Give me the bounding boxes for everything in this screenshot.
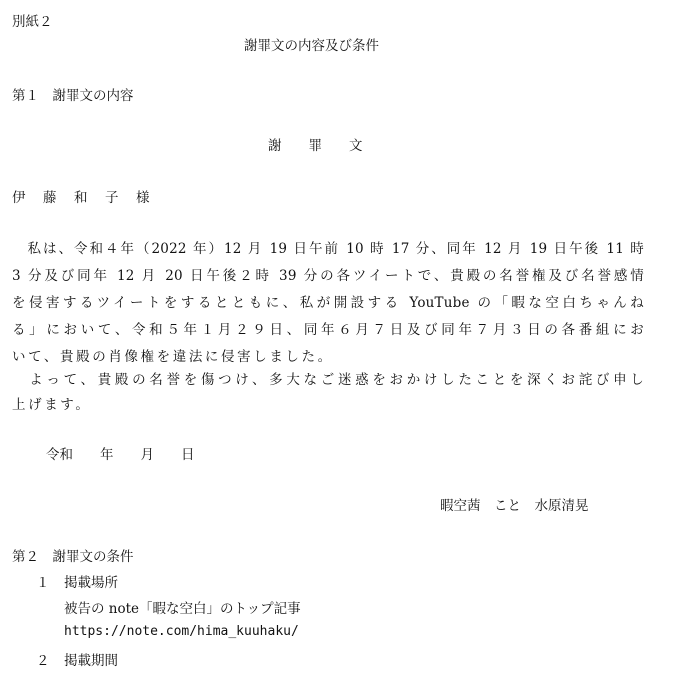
paragraph-line: 私は、令和４年（2022 年）12 月 19 日午前 10 時 17 分、同年 …: [12, 237, 644, 257]
paragraph-line: いて、貴殿の肖像権を違法に侵害しました。: [12, 345, 334, 365]
paragraph-line: 上げます。: [12, 393, 91, 413]
section1-heading: 第１ 謝罪文の内容: [12, 84, 134, 104]
item-label-location: 掲載場所: [64, 571, 118, 591]
paragraph-line: を侵害するツイートをするとともに、私が開設する YouTube の「暇な空白ちゃ…: [12, 291, 644, 311]
item-label-period: 掲載期間: [64, 649, 118, 669]
apology-title: 謝 罪 文: [268, 134, 363, 154]
location-url-link[interactable]: https://note.com/hima_kuuhaku/: [64, 624, 299, 639]
location-detail: 被告の note「暇な空白」のトップ記事: [64, 597, 301, 617]
item-number: ２: [36, 649, 50, 669]
paragraph-line: 3 分及び同年 12 月 20 日午後２時 39 分の各ツイートで、貴殿の名誉権…: [12, 264, 644, 284]
attachment-label: 別紙２: [12, 10, 53, 30]
date-line: 令和 年 月 日: [46, 443, 195, 463]
signature: 暇空茜 こと 水原清晃: [440, 494, 589, 514]
document-title: 謝罪文の内容及び条件: [244, 34, 379, 54]
addressee: 伊 藤 和 子 様: [12, 186, 152, 206]
item-number: １: [36, 571, 50, 591]
paragraph-line: よって、貴殿の名誉を傷つけ、多大なご迷惑をおかけしたことを深くお詫び申し: [12, 368, 644, 388]
paragraph-line: る」において、令和５年１月２９日、同年６月７日及び同年７月３日の各番組にお: [12, 318, 644, 338]
section2-heading: 第２ 謝罪文の条件: [12, 545, 134, 565]
